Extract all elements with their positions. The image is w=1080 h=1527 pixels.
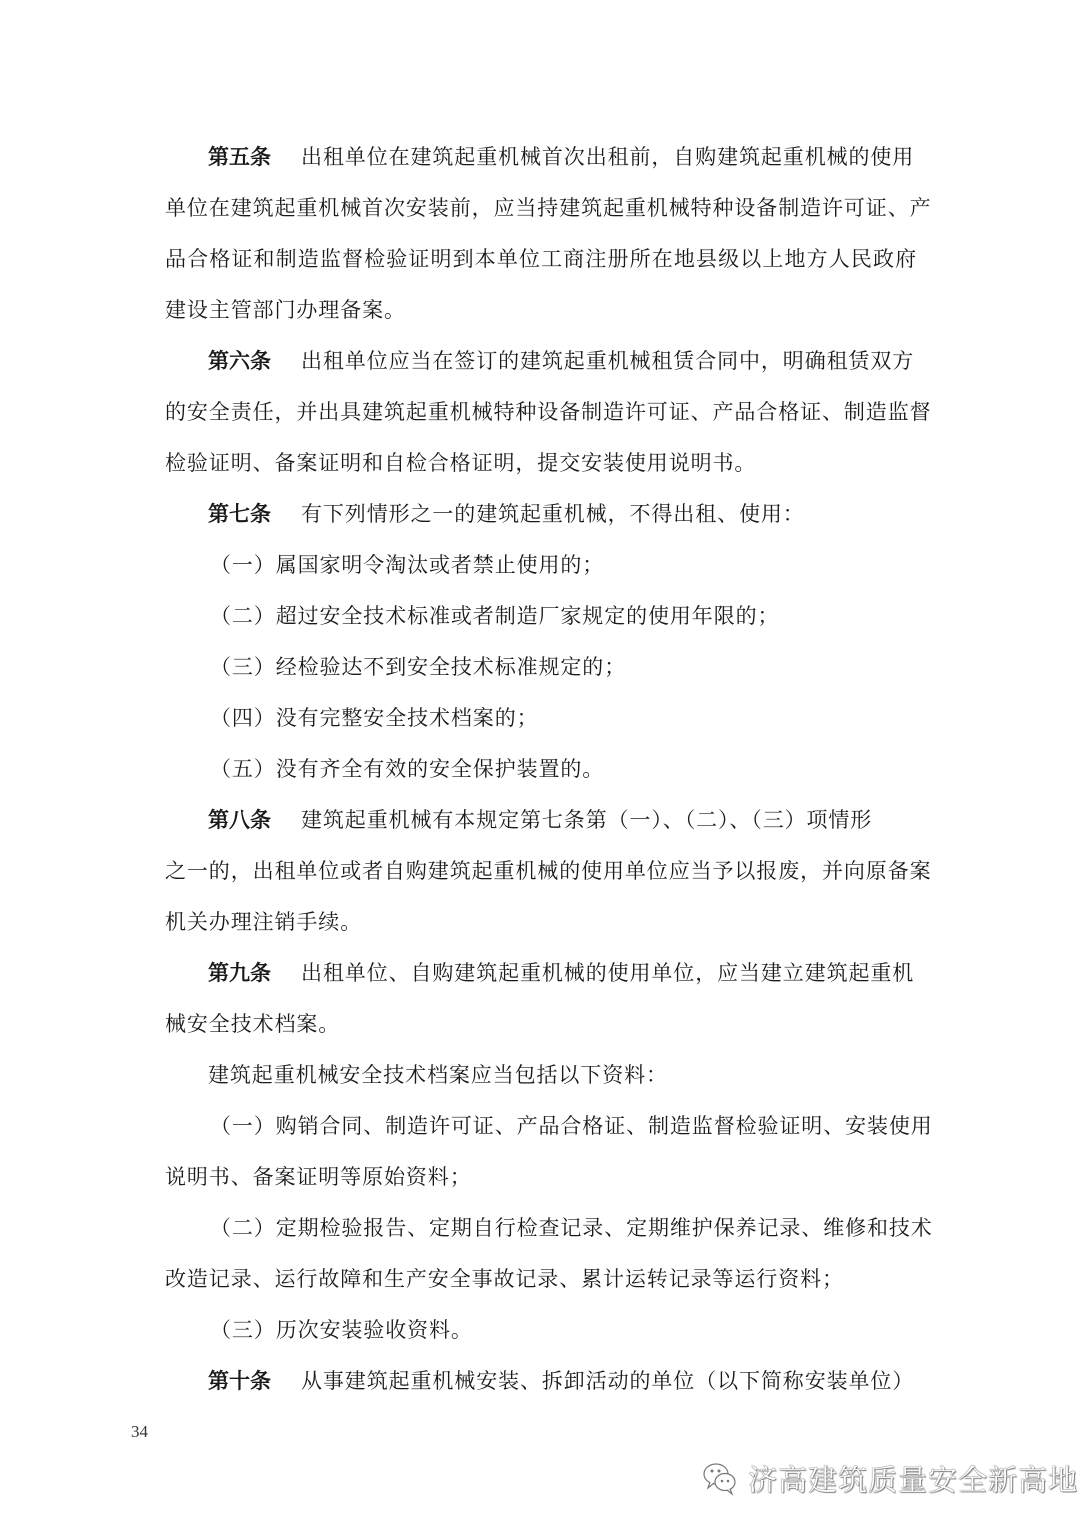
- article-5-line-4: 建设主管部门办理备案。: [165, 295, 917, 325]
- page-number: 34: [131, 1422, 148, 1442]
- article-5-line-3: 品合格证和制造监督检验证明到本单位工商注册所在地县级以上地方人民政府: [165, 244, 917, 274]
- article-label: 第五条: [208, 144, 271, 169]
- article-label: 第九条: [208, 960, 271, 985]
- article-7-item-5: （五）没有齐全有效的安全保护装置的。: [210, 754, 962, 784]
- article-6-line-3: 检验证明、备案证明和自检合格证明，提交安装使用说明书。: [165, 448, 917, 478]
- article-7-item-3: （三）经检验达不到安全技术标准规定的；: [210, 652, 962, 682]
- article-label: 第八条: [208, 807, 271, 832]
- article-7-item-2: （二）超过安全技术标准或者制造厂家规定的使用年限的；: [210, 601, 962, 631]
- article-9-paragraph: 建筑起重机械安全技术档案应当包括以下资料：: [208, 1060, 960, 1090]
- article-label: 第十条: [208, 1368, 271, 1393]
- document-page: 第五条出租单位在建筑起重机械首次出租前，自购建筑起重机械的使用 单位在建筑起重机…: [0, 0, 1080, 1527]
- article-label: 第六条: [208, 348, 271, 373]
- article-9-line-2: 械安全技术档案。: [165, 1009, 917, 1039]
- article-5-line-2: 单位在建筑起重机械首次安装前，应当持建筑起重机械特种设备制造许可证、产: [165, 193, 917, 223]
- article-9-line-1: 第九条出租单位、自购建筑起重机械的使用单位，应当建立建筑起重机: [208, 958, 960, 988]
- article-10-line-1: 第十条从事建筑起重机械安装、拆卸活动的单位（以下简称安装单位）: [208, 1366, 960, 1396]
- article-6-line-1: 第六条出租单位应当在签订的建筑起重机械租赁合同中，明确租赁双方: [208, 346, 960, 376]
- article-label: 第七条: [208, 501, 271, 526]
- watermark-text: 济高建筑质量安全新高地: [748, 1458, 1078, 1499]
- article-9-item-2-line-2: 改造记录、运行故障和生产安全事故记录、累计运转记录等运行资料；: [165, 1264, 917, 1294]
- article-8-line-1: 第八条建筑起重机械有本规定第七条第（一）、（二）、（三）项情形: [208, 805, 960, 835]
- article-9-item-3: （三）历次安装验收资料。: [210, 1315, 962, 1345]
- article-7-item-4: （四）没有完整安全技术档案的；: [210, 703, 962, 733]
- article-7-line-1: 第七条有下列情形之一的建筑起重机械，不得出租、使用：: [208, 499, 960, 529]
- article-8-line-3: 机关办理注销手续。: [165, 907, 917, 937]
- article-9-item-1-line-1: （一）购销合同、制造许可证、产品合格证、制造监督检验证明、安装使用: [210, 1111, 917, 1141]
- article-9-item-2-line-1: （二）定期检验报告、定期自行检查记录、定期维护保养记录、维修和技术: [210, 1213, 917, 1243]
- article-9-item-1-line-2: 说明书、备案证明等原始资料；: [165, 1162, 917, 1192]
- article-8-line-2: 之一的，出租单位或者自购建筑起重机械的使用单位应当予以报废，并向原备案: [165, 856, 917, 886]
- wechat-icon: [700, 1458, 740, 1498]
- article-5-line-1: 第五条出租单位在建筑起重机械首次出租前，自购建筑起重机械的使用: [208, 142, 960, 172]
- article-7-item-1: （一）属国家明令淘汰或者禁止使用的；: [210, 550, 962, 580]
- watermark: 济高建筑质量安全新高地: [700, 1456, 1078, 1500]
- article-6-line-2: 的安全责任，并出具建筑起重机械特种设备制造许可证、产品合格证、制造监督: [165, 397, 917, 427]
